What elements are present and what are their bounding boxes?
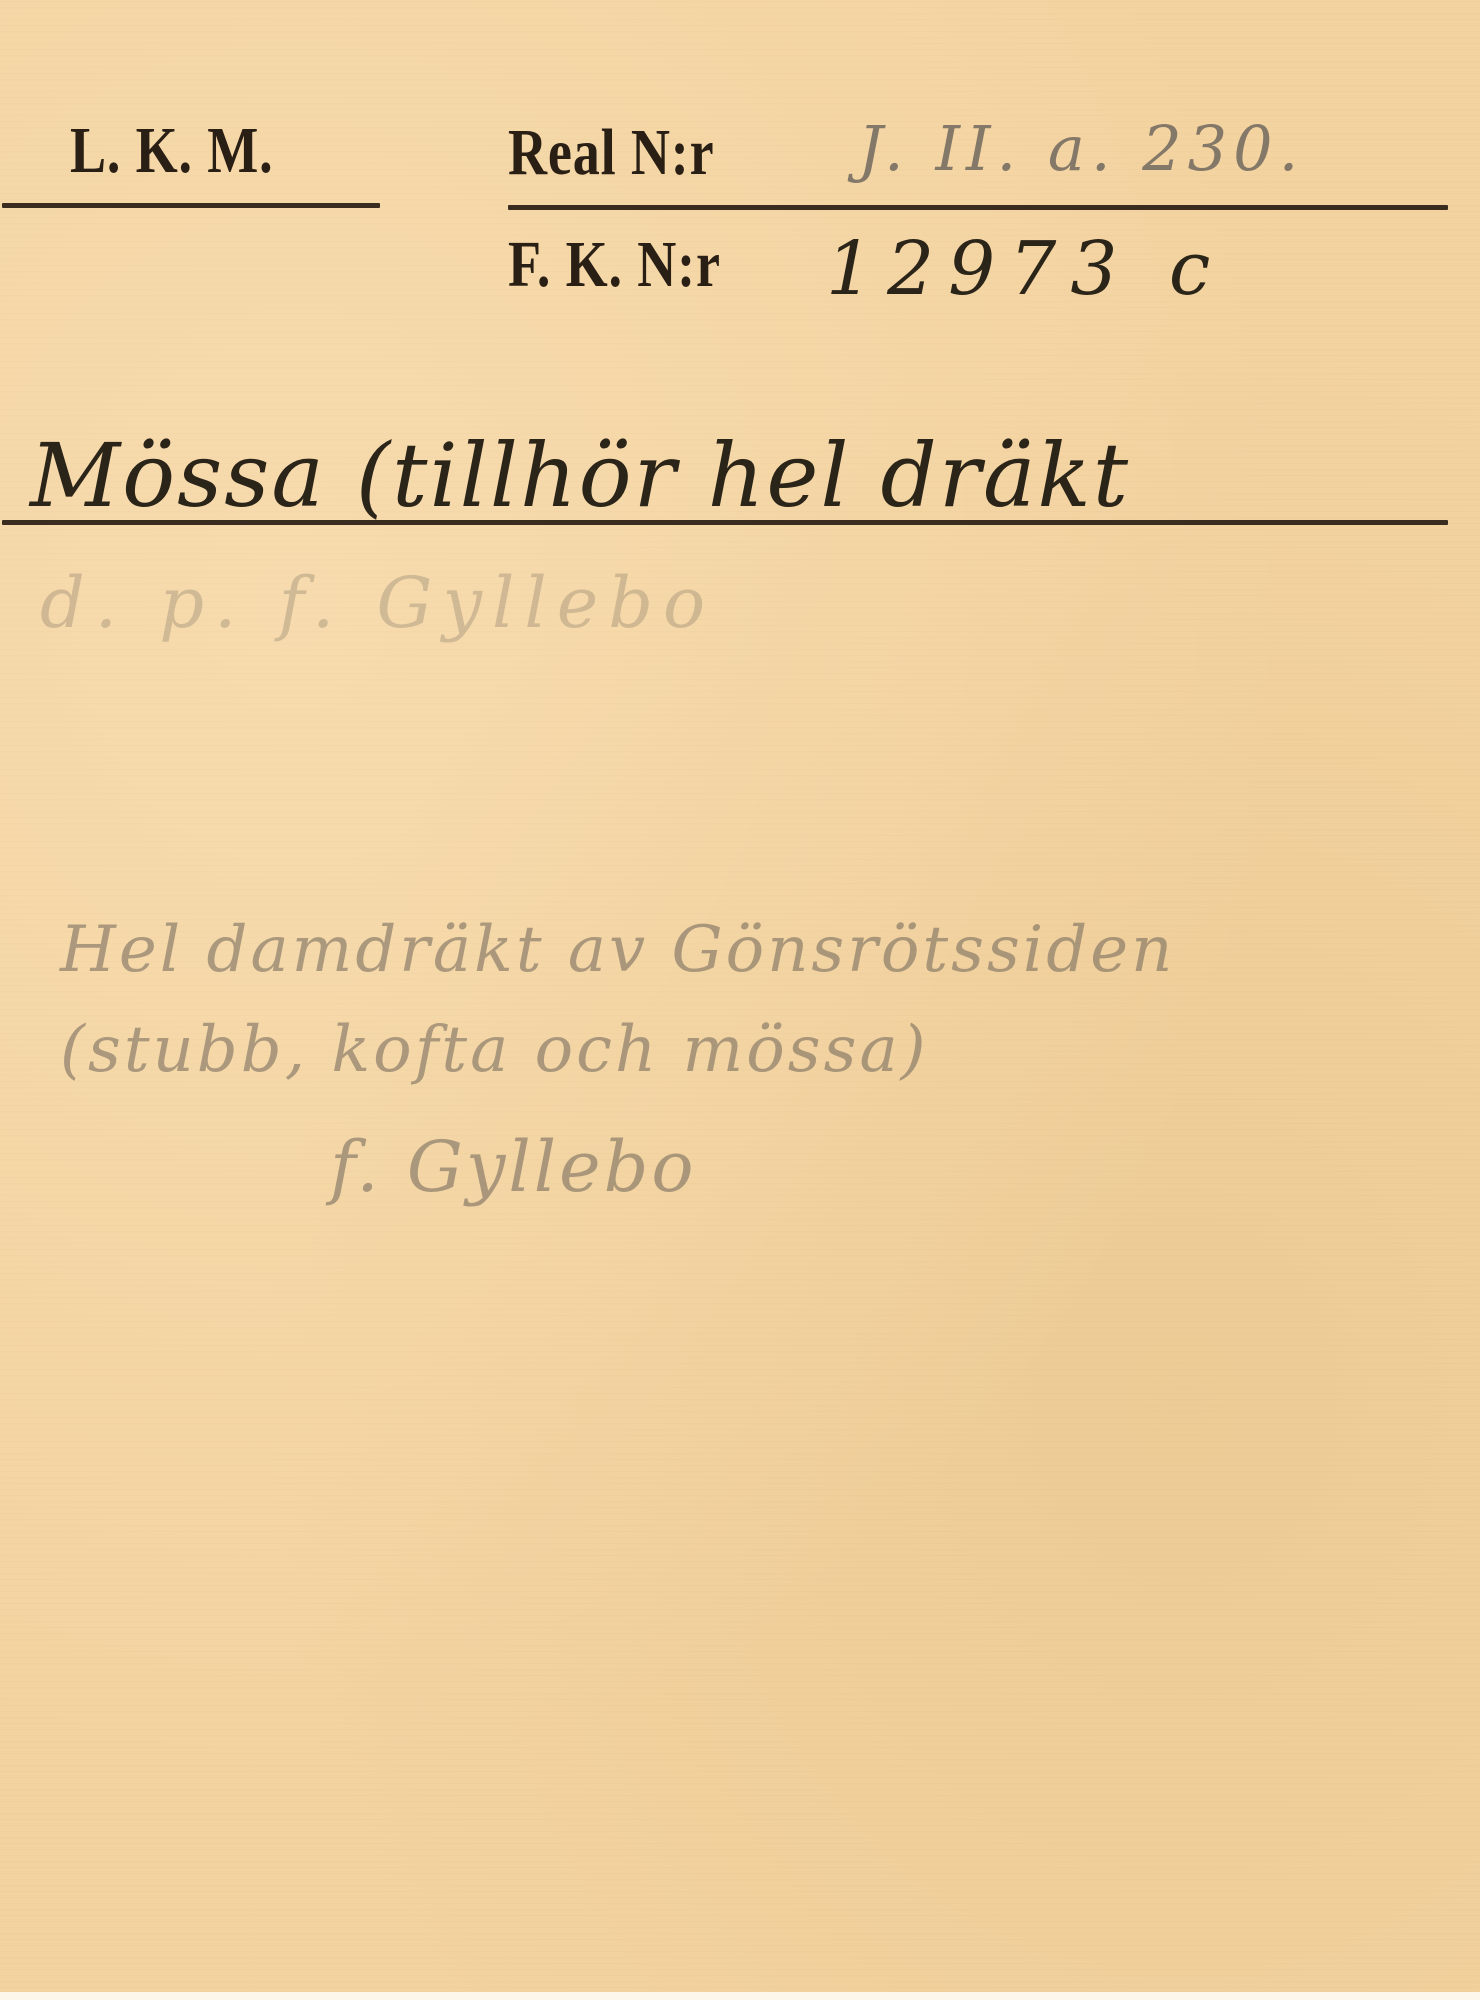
note-line-1: Hel damdräkt av Gönsrötssiden xyxy=(60,918,1175,982)
catalog-card: L. K. M. Real N:r J. II. a. 230. F. K. N… xyxy=(0,0,1480,2000)
note-line-3: f. Gyllebo xyxy=(330,1132,697,1202)
real-nr-label: Real N:r xyxy=(508,120,714,186)
fk-nr-value: 12973 c xyxy=(826,232,1224,306)
title-underline xyxy=(2,520,1448,525)
note-line-2: (stubb, kofta och mössa) xyxy=(60,1018,929,1082)
fk-nr-label: F. K. N:r xyxy=(508,232,721,298)
scan-edge xyxy=(0,1992,1480,2000)
real-nr-underline xyxy=(508,205,1448,210)
real-nr-value: J. II. a. 230. xyxy=(858,118,1304,180)
object-title: Mössa (tillhör hel dräkt xyxy=(30,432,1130,520)
institution-label: L. K. M. xyxy=(70,118,273,184)
institution-underline xyxy=(2,203,380,208)
faint-note: d. p. f. Gyllebo xyxy=(40,568,715,638)
